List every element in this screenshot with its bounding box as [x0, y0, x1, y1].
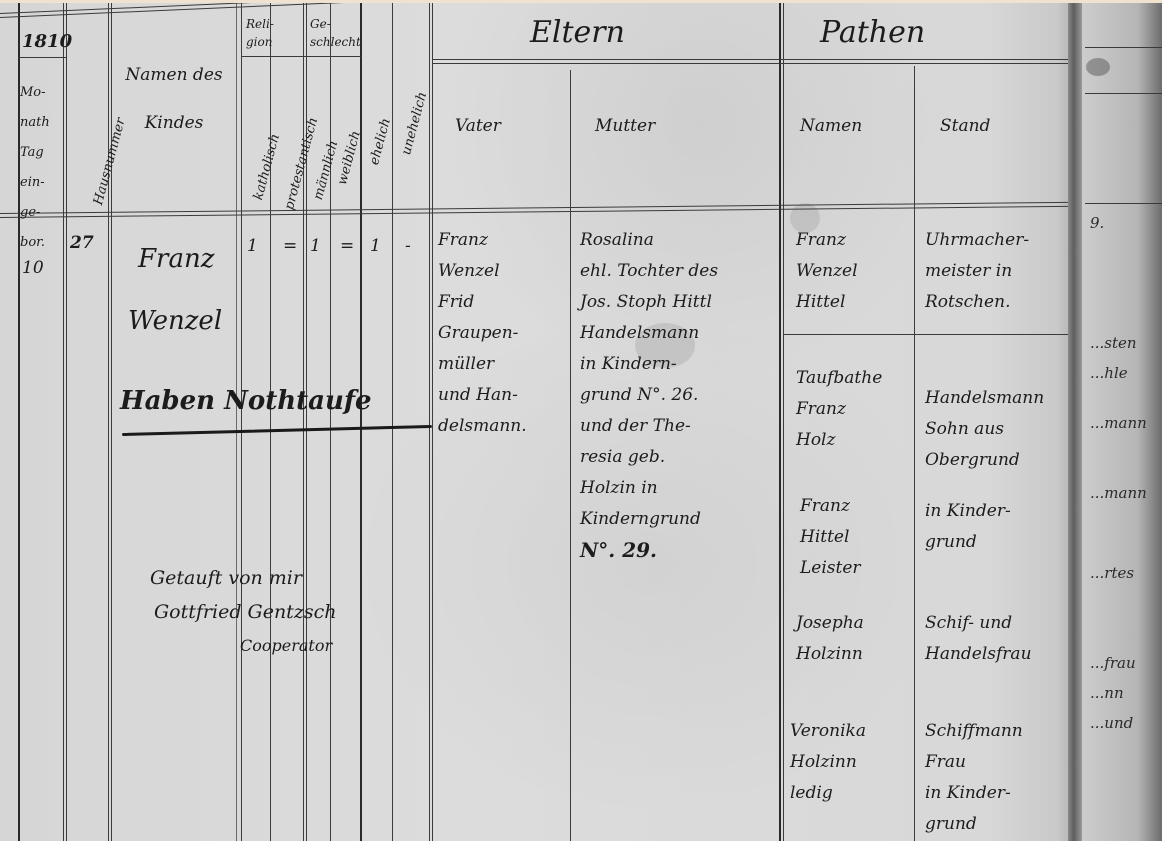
header-bottom-rule [0, 202, 1068, 218]
fragment-line: ...mann [1090, 478, 1147, 508]
mother-line: N°. 29. [580, 535, 718, 566]
godparent-divider [783, 334, 1068, 335]
godparent-3-status: in Kinder- grund [925, 496, 1011, 558]
column-rule [392, 3, 393, 841]
signature-line: Gottfried Gentzsch [154, 595, 336, 629]
column-rule [779, 3, 781, 841]
header-child-name: Namen des Kindes [124, 51, 224, 147]
fragment-line: ...frau [1090, 648, 1147, 678]
sex-male-mark: 1 [310, 231, 321, 262]
godparent-name-line: Franz [796, 394, 882, 425]
column-rule [360, 3, 362, 841]
header-catholic: katholisch [252, 133, 282, 202]
godparent-name-line: Leister [800, 553, 861, 584]
note-underline [122, 425, 432, 436]
column-rule [570, 70, 571, 841]
godparent-status-line: grund [925, 809, 1023, 840]
religion-protestant-mark: = [283, 231, 297, 262]
mother-line: Holzin in [580, 473, 718, 504]
godparent-status-line: meister in [925, 256, 1029, 287]
godparent-name-line: Hittel [796, 287, 858, 318]
godparent-status-line: Schif- und [925, 608, 1032, 639]
entry-month: 10 [22, 253, 44, 284]
mother-line: ehl. Tochter des [580, 256, 718, 287]
godparent-status-line: Rotschen. [925, 287, 1029, 318]
godparent-status-line: Frau [925, 747, 1023, 778]
priest-signature: Getauft von mir Gottfried Gentzsch Coope… [150, 561, 336, 663]
godparent-name-line: Hittel [800, 522, 861, 553]
year-underline [18, 57, 66, 58]
fragment-line: ...sten [1090, 328, 1147, 358]
godparent-status-line: Schiffmann [925, 716, 1023, 747]
signature-line: Getauft von mir [150, 561, 336, 595]
godparent-name-line: Veronika [790, 716, 866, 747]
godparent-1-status: Uhrmacher- meister in Rotschen. [925, 225, 1029, 318]
header-mother: Mutter [595, 118, 655, 135]
father-column: Franz Wenzel Frid Graupen- müller und Ha… [438, 225, 527, 442]
register-page-scan: 1810 Mo- nath Tag ein- ge- bor. Hausnumm… [0, 3, 1162, 841]
godparent-status-line: Obergrund [925, 445, 1044, 476]
godparent-name-line: Wenzel [796, 256, 858, 287]
facing-page-rule [1085, 93, 1162, 94]
godparent-status-line: in Kinder- [925, 778, 1023, 809]
mother-line: Jos. Stoph Hittl [580, 287, 718, 318]
father-line: Frid [438, 287, 527, 318]
column-rule [66, 3, 67, 841]
father-line: und Han- [438, 380, 527, 411]
godparent-name-line: Taufbathe [796, 363, 882, 394]
sex-female-mark: = [340, 231, 354, 262]
father-line: Franz [438, 225, 527, 256]
godparent-name-line: ledig [790, 778, 866, 809]
godparent-status-line: Handelsmann [925, 383, 1044, 414]
column-rule [783, 3, 784, 841]
mother-line: und der The- [580, 411, 718, 442]
godparent-name-line: Holz [796, 425, 882, 456]
godparent-name-line: Franz [800, 491, 861, 522]
emergency-baptism-note: Haben Nothtaufe [120, 388, 372, 414]
fragment-line: ...mann [1090, 408, 1147, 438]
godparent-status-line: Handelsfrau [925, 639, 1032, 670]
header-father: Vater [455, 118, 501, 135]
header-godparent-status: Stand [940, 118, 990, 135]
header-godparent-name: Namen [800, 118, 862, 135]
godparent-status-line: grund [925, 527, 1011, 558]
header-parents: Eltern [530, 18, 625, 48]
godparent-4-status: Schif- und Handelsfrau [925, 608, 1032, 670]
column-rule [914, 66, 915, 841]
godparent-1-name: Franz Wenzel Hittel [796, 225, 858, 318]
mother-line: in Kindern- [580, 349, 718, 380]
fragment-line: ...und [1090, 708, 1147, 738]
facing-page-rule [1085, 47, 1162, 48]
group-rule [241, 56, 361, 57]
mother-line: Handelsmann [580, 318, 718, 349]
godparent-2-name: Taufbathe Franz Holz [796, 363, 882, 456]
entry-child-name: Franz Wenzel [138, 228, 222, 352]
mother-line: Rosalina [580, 225, 718, 256]
legitimate-mark: 1 [370, 231, 381, 262]
facing-page-rule [1085, 203, 1162, 204]
godparent-status-line: Sohn aus [925, 414, 1044, 445]
header-illegitimate: unehelich [400, 91, 429, 157]
fragment-line: ...nn [1090, 678, 1147, 708]
mother-line: Kinderngrund [580, 504, 718, 535]
header-religion: Reli- gion [246, 15, 296, 51]
parents-godparents-rule [432, 59, 1068, 64]
column-rule [270, 3, 271, 841]
fragment-line: ...rtes [1090, 558, 1147, 588]
father-line: Graupen- [438, 318, 527, 349]
header-month-day: Mo- nath Tag ein- ge- bor. [20, 78, 64, 258]
header-sex: Ge- schlecht [310, 15, 360, 51]
column-rule [432, 3, 433, 841]
signature-line: Cooperator [240, 629, 336, 663]
column-rule [108, 3, 109, 841]
fragment-line: ...hle [1090, 358, 1147, 388]
column-rule [429, 3, 430, 841]
child-first-name: Franz [138, 228, 222, 290]
mother-line: resia geb. [580, 442, 718, 473]
godparent-name-line: Josepha [796, 608, 864, 639]
mother-column: Rosalina ehl. Tochter des Jos. Stoph Hit… [580, 225, 718, 566]
father-line: delsmann. [438, 411, 527, 442]
paper-stain [1086, 58, 1110, 76]
child-second-name: Wenzel [128, 290, 222, 352]
column-rule [241, 3, 242, 841]
father-line: Wenzel [438, 256, 527, 287]
header-year: 1810 [22, 33, 72, 51]
godparent-2-status: Handelsmann Sohn aus Obergrund [925, 383, 1044, 476]
father-line: müller [438, 349, 527, 380]
header-legitimate: ehelich [368, 117, 393, 166]
header-male: männlich [312, 139, 340, 201]
godparent-5-name: Veronika Holzinn ledig [790, 716, 866, 809]
fragment-line: 9. [1090, 208, 1147, 238]
godparent-name-line: Holzinn [790, 747, 866, 778]
godparent-status-line: in Kinder- [925, 496, 1011, 527]
entry-day: 27 [70, 228, 94, 259]
godparent-name-line: Franz [796, 225, 858, 256]
header-godparents: Pathen [820, 18, 925, 48]
godparent-status-line: Uhrmacher- [925, 225, 1029, 256]
column-rule [330, 3, 331, 841]
godparent-5-status: Schiffmann Frau in Kinder- grund [925, 716, 1023, 840]
godparent-name-line: Holzinn [796, 639, 864, 670]
illegitimate-mark: - [405, 231, 411, 262]
facing-page-text: 9. ...sten ...hle ...mann ...mann ...rte… [1090, 208, 1147, 738]
religion-catholic-mark: 1 [247, 231, 258, 262]
book-gutter [1068, 3, 1082, 841]
header-female: weiblich [336, 130, 363, 187]
mother-line: grund N°. 26. [580, 380, 718, 411]
header-house-number: Hausnummer [92, 117, 128, 207]
godparent-4-name: Josepha Holzinn [796, 608, 864, 670]
column-rule [236, 3, 237, 841]
godparent-3-name: Franz Hittel Leister [800, 491, 861, 584]
